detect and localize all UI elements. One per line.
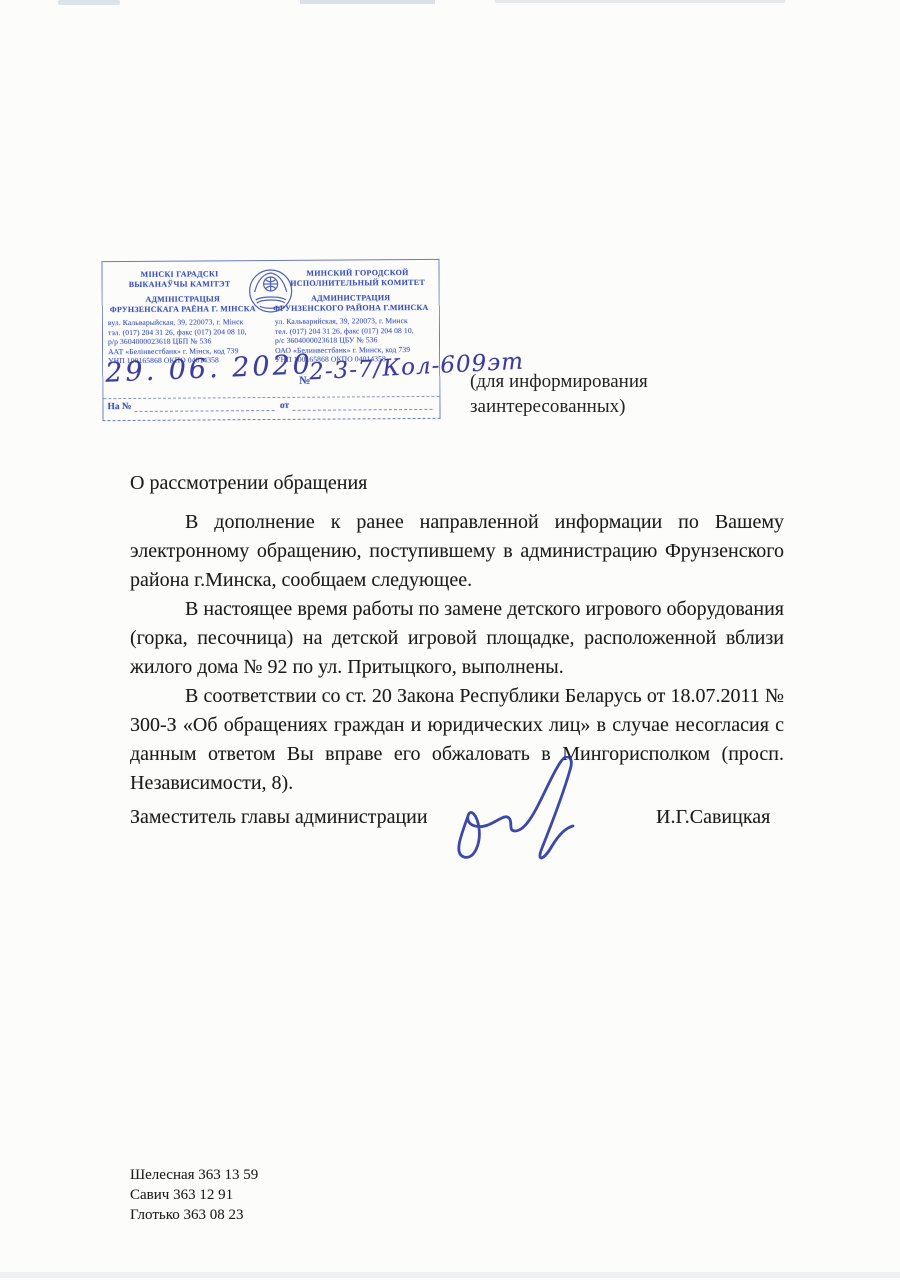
reply-reference-line: На № от [103,398,439,412]
contact-line: Савич 363 12 91 [130,1185,258,1205]
signer-name: И.Г.Савицкая [656,806,770,829]
executor-contacts: Шелесная 363 13 59 Савич 363 12 91 Глоть… [130,1165,258,1225]
letterhead-stamp: МІНСКІ ГАРАДСКІ ВЫКАНАЎЧЫ КАМІТЭТ МИНСКИ… [101,259,440,421]
letter-subject: О рассмотрении обращения [130,472,367,495]
contact-line: Глотько 363 08 23 [130,1205,258,1225]
org-line: ВЫКАНАЎЧЫ КАМІТЭТ [109,279,251,290]
addressee-note: (для информирования заинтересованных) [470,369,720,419]
letter-body: В дополнение к ранее направленной информ… [130,508,784,798]
admin-name-belarusian: АДМІНІСТРАЦЫЯ ФРУНЗЕНСКАГА РАЁНА Г. МІНС… [103,294,263,315]
from-label: от [280,401,289,411]
admin-line: ФРУНЗЕНСКОГО РАЙОНА Г.МИНСКА [263,303,439,314]
scan-artifact [0,1272,900,1278]
stamp-header-row: МІНСКІ ГАРАДСКІ ВЫКАНАЎЧЫ КАМІТЭТ МИНСКИ… [102,265,438,319]
scan-artifact [300,0,435,4]
scan-artifact [58,0,120,5]
admin-line: ФРУНЗЕНСКАГА РАЁНА Г. МІНСКА [103,304,263,315]
blank-fill-line [292,398,432,411]
org-line: ИСПОЛНИТЕЛЬНЫЙ КОМИТЕТ [283,278,433,289]
paragraph: В дополнение к ранее направленной информ… [130,508,784,595]
reply-to-label: На № [107,402,131,412]
org-name-russian: МИНСКИЙ ГОРОДСКОЙ ИСПОЛНИТЕЛЬНЫЙ КОМИТЕТ [283,268,433,289]
registration-line: 29. 06. 2020 № 2-3-7/Кол-609эт [103,356,439,399]
admin-name-russian: АДМИНИСТРАЦИЯ ФРУНЗЕНСКОГО РАЙОНА Г.МИНС… [263,293,439,314]
contact-line: Шелесная 363 13 59 [130,1165,258,1185]
paragraph: В настоящее время работы по замене детск… [130,595,784,682]
scan-artifact [495,0,785,3]
org-name-belarusian: МІНСКІ ГАРАДСКІ ВЫКАНАЎЧЫ КАМІТЭТ [109,269,251,290]
handwritten-signature [452,756,597,869]
blank-fill-line [134,399,274,412]
signer-position-title: Заместитель главы администрации [130,806,428,829]
